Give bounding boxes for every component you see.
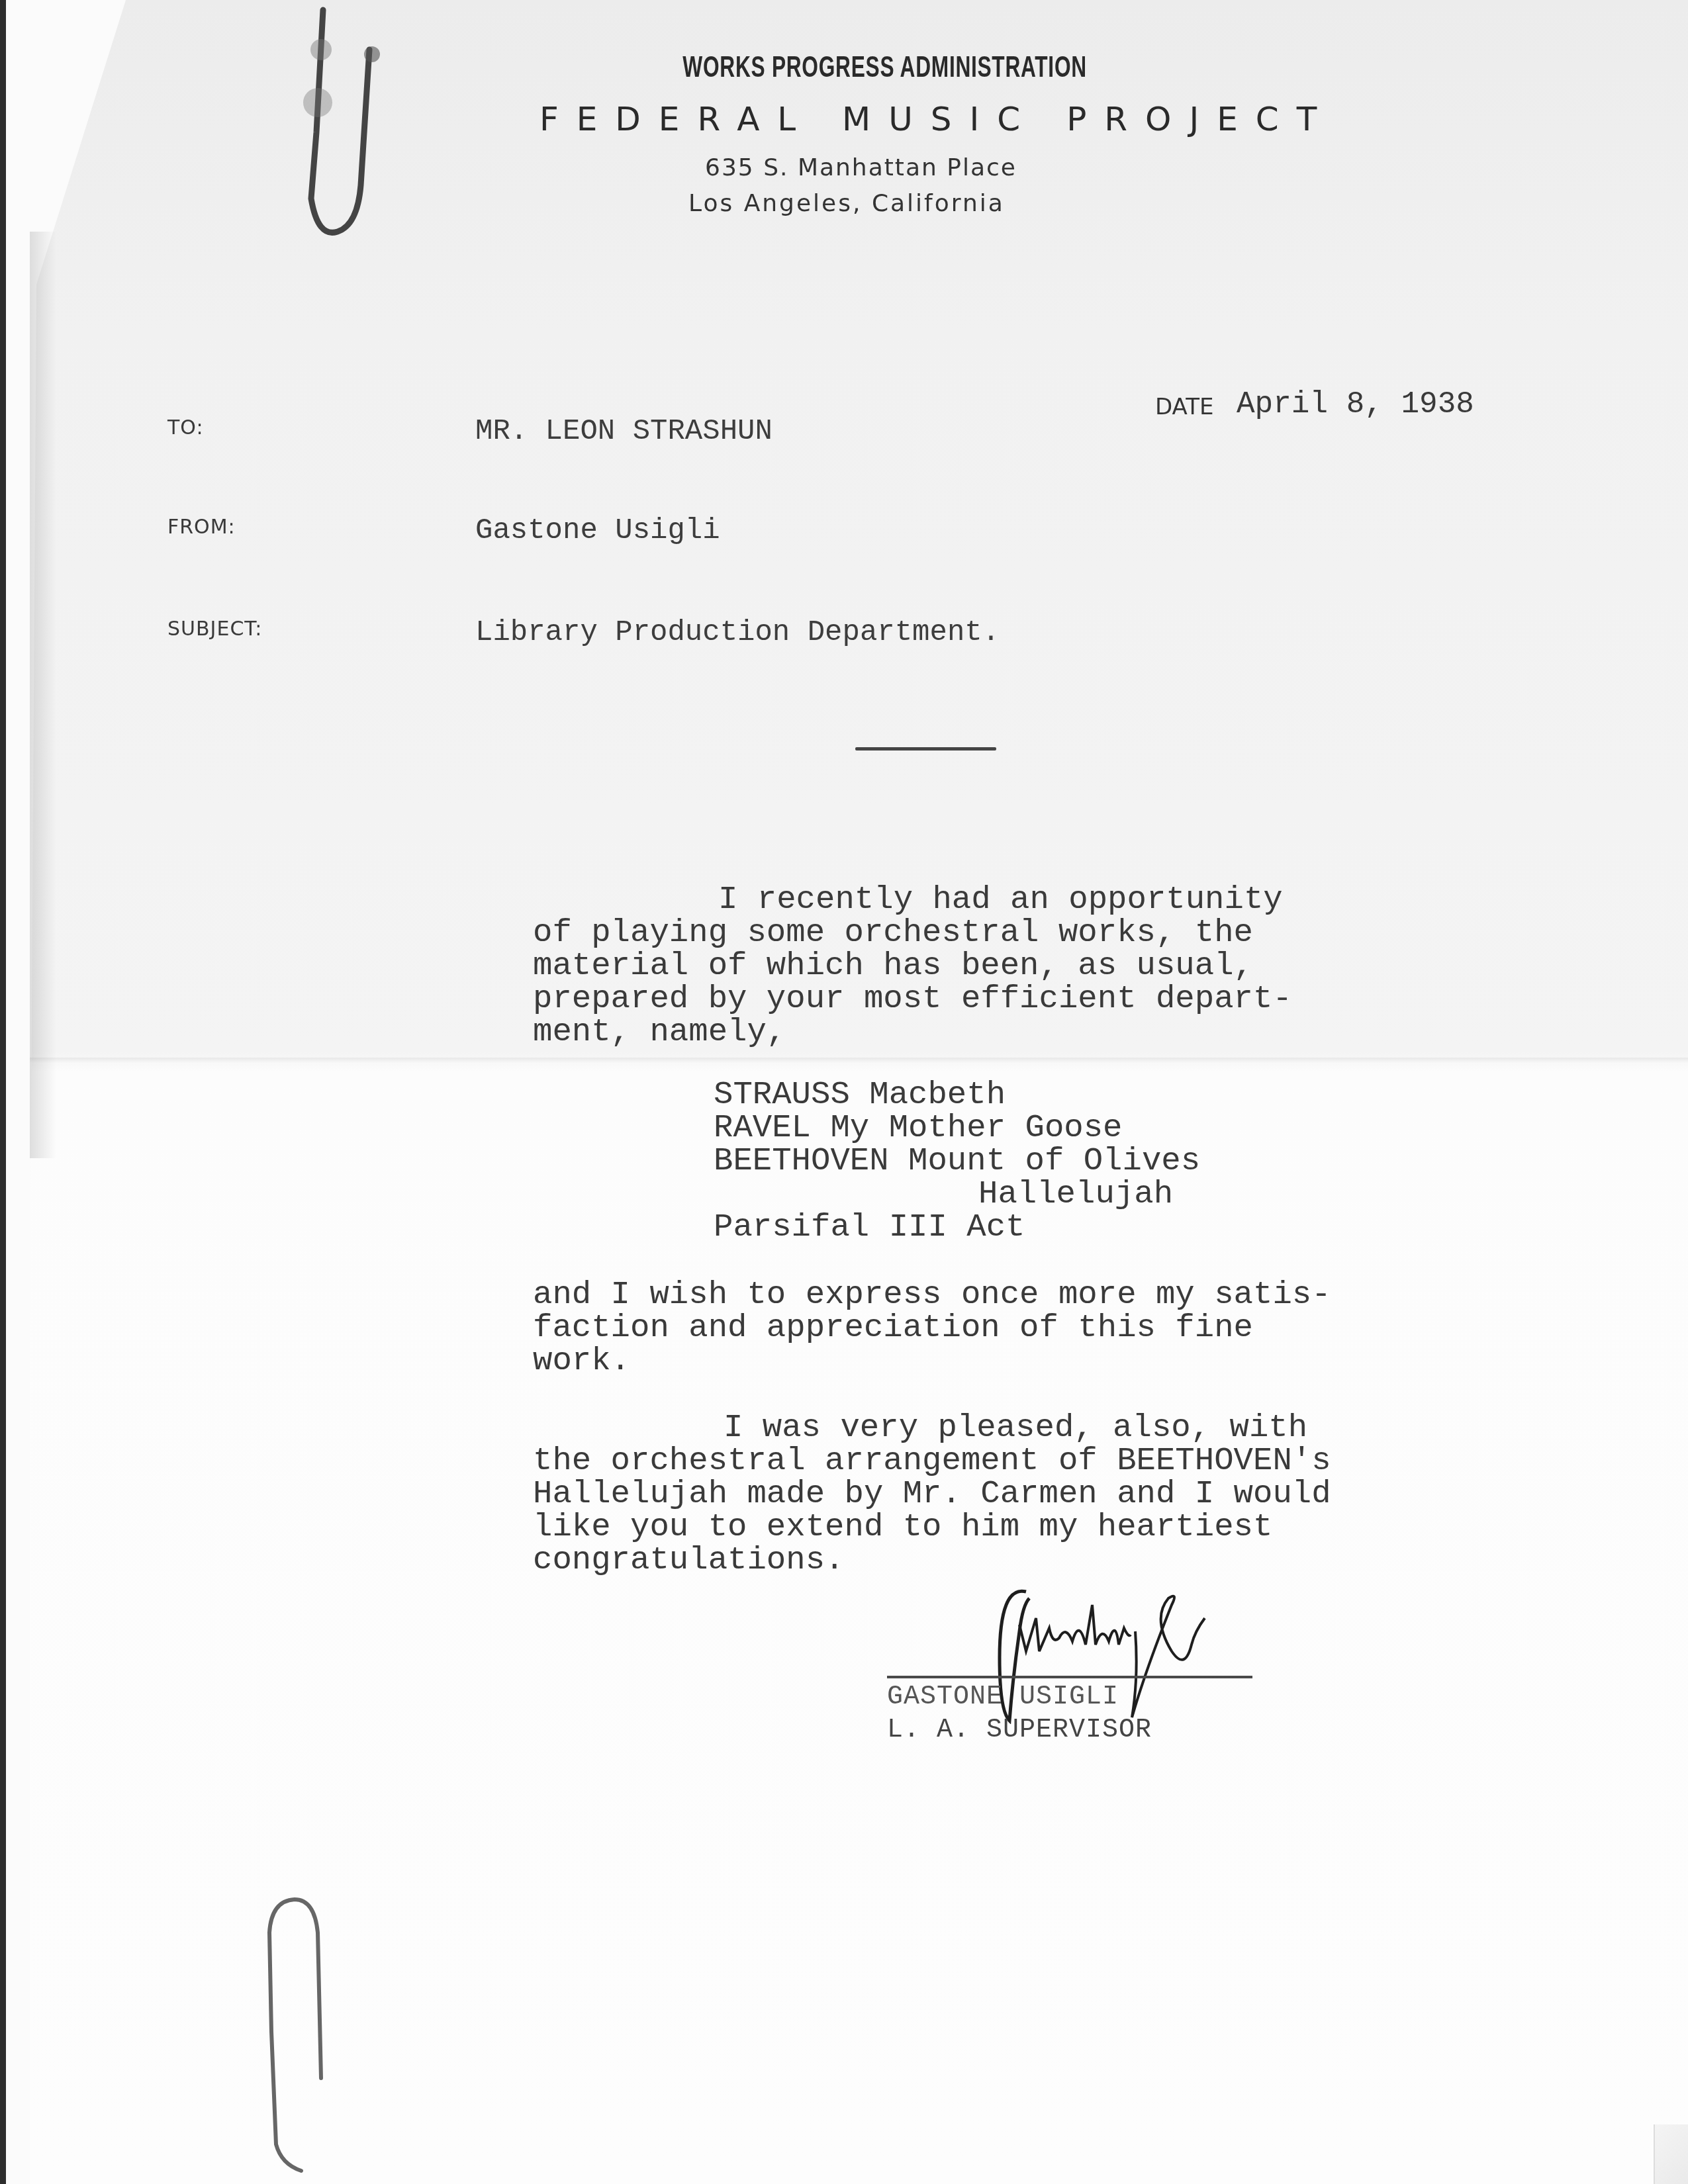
- date-value: April 8, 1938: [1237, 389, 1474, 420]
- body-line: congratulations.: [533, 1544, 844, 1576]
- from-value: Gastone Usigli: [475, 516, 720, 545]
- scanner-edge: [0, 0, 6, 2184]
- letterhead-agency: WORKS PROGRESS ADMINISTRATION: [260, 53, 1476, 82]
- body-line: Hallelujah made by Mr. Carmen and I woul…: [533, 1478, 1331, 1510]
- list-item: RAVEL My Mother Goose: [714, 1112, 1123, 1144]
- body-line: prepared by your most efficient depart-: [533, 983, 1292, 1015]
- body-line: I was very pleased, also, with: [724, 1412, 1307, 1444]
- signer-name: GASTONE USIGLI: [887, 1684, 1119, 1711]
- paper-edge-shadow: [30, 232, 56, 1158]
- body-line: the orchestral arrangement of BEETHOVEN'…: [533, 1445, 1331, 1477]
- signer-title: L. A. SUPERVISOR: [887, 1717, 1152, 1744]
- letterhead-address-line1: 635 S. Manhattan Place: [705, 156, 1017, 180]
- signature-line: [887, 1676, 1252, 1678]
- body-line: work.: [533, 1345, 630, 1377]
- body-line: I recently had an opportunity: [718, 884, 1283, 916]
- body-line: material of which has been, as usual,: [533, 950, 1253, 982]
- paper-clip-bottom-icon: [255, 1880, 341, 2184]
- letterhead-project: FEDERAL MUSIC PROJECT: [539, 103, 1335, 136]
- paper-clip-top-icon: [291, 0, 384, 251]
- list-item: Hallelujah: [978, 1178, 1173, 1210]
- from-label: FROM:: [167, 518, 236, 537]
- body-line: and I wish to express once more my satis…: [533, 1279, 1331, 1311]
- date-label: DATE: [1155, 396, 1213, 418]
- separator-rule: [855, 747, 996, 751]
- subject-label: SUBJECT:: [167, 619, 262, 639]
- body-line: like you to extend to him my heartiest: [533, 1511, 1272, 1543]
- body-line: faction and appreciation of this fine: [533, 1312, 1253, 1344]
- to-label: TO:: [167, 418, 204, 438]
- paper-fold-line: [30, 1058, 1688, 1063]
- body-line: of playing some orchestral works, the: [533, 917, 1253, 949]
- letterhead-address-line2: Los Angeles, California: [688, 192, 1005, 216]
- to-value: MR. LEON STRASHUN: [475, 417, 773, 446]
- list-item: BEETHOVEN Mount of Olives: [714, 1145, 1200, 1177]
- subject-value: Library Production Department.: [475, 618, 1000, 647]
- list-item: Parsifal III Act: [714, 1211, 1025, 1244]
- folded-corner: [1654, 2124, 1688, 2184]
- body-line: ment, namely,: [533, 1016, 786, 1048]
- list-item: STRAUSS Macbeth: [714, 1079, 1006, 1111]
